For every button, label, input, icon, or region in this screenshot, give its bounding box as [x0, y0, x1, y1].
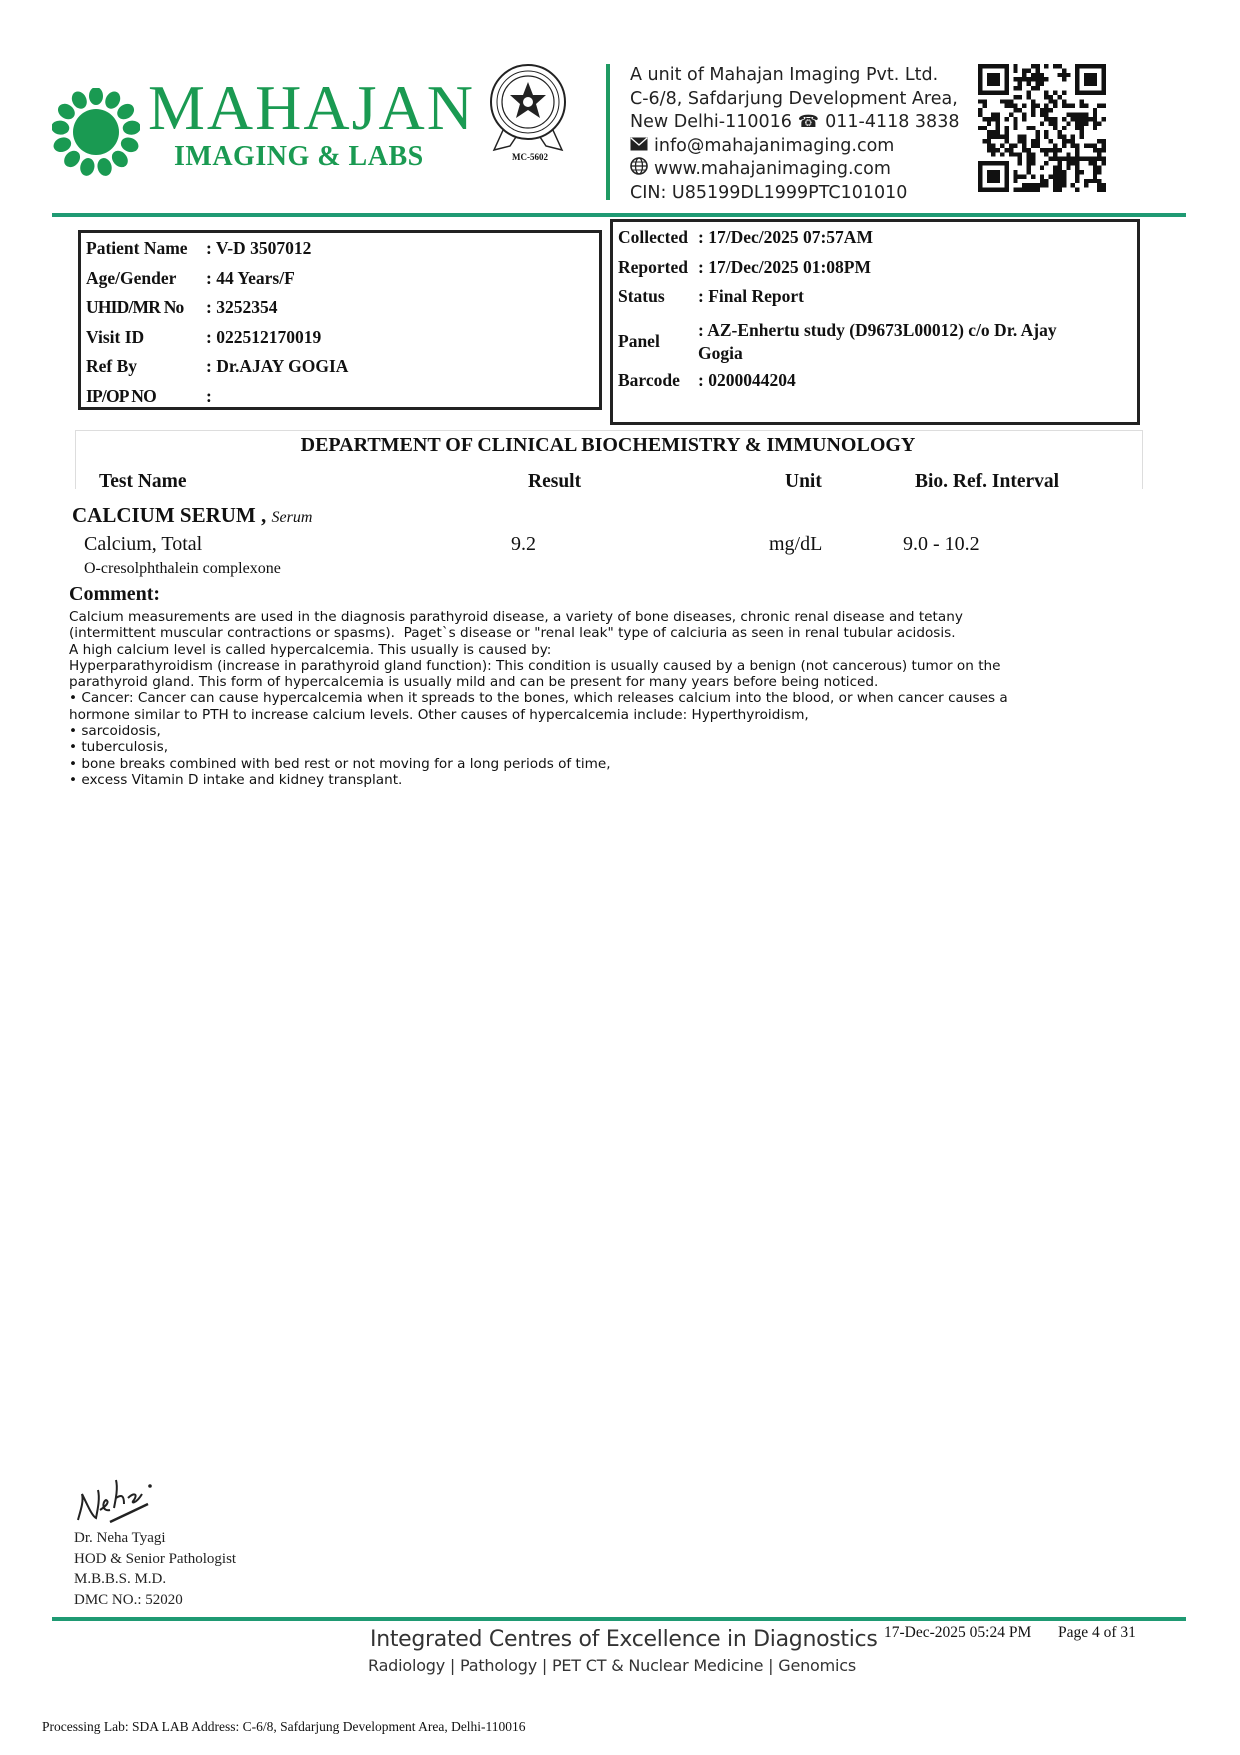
visit-id-value: : 022512170019: [206, 327, 321, 348]
comment-line: • Cancer: Cancer can cause hypercalcemia…: [69, 690, 1149, 706]
sample-row-panel: Panel : AZ-Enhertu study (D9673L00012) c…: [618, 316, 1118, 368]
age-gender-value: : 44 Years/F: [206, 268, 295, 289]
footer-tagline: Integrated Centres of Excellence in Diag…: [370, 1627, 878, 1652]
sample-row-reported: Reported : 17/Dec/2025 01:08PM: [618, 257, 1118, 287]
header-rule: [52, 213, 1186, 217]
column-header-range: Bio. Ref. Interval: [915, 471, 1059, 493]
company-line: A unit of Mahajan Imaging Pvt. Ltd.: [630, 64, 959, 88]
brand-subtitle: IMAGING & LABS: [174, 143, 424, 171]
globe-icon: [630, 157, 648, 183]
test-unit: mg/dL: [769, 533, 822, 556]
field-label: Visit ID: [86, 327, 206, 348]
email-link[interactable]: info@mahajanimaging.com: [654, 135, 894, 159]
logo-sun-icon: [52, 88, 140, 176]
ip-op-value: :: [206, 386, 212, 407]
comment-line: A high calcium level is called hypercalc…: [69, 642, 1149, 658]
footer-rule: [52, 1617, 1186, 1621]
field-label: UHID/MR No: [86, 297, 206, 318]
sample-row-collected: Collected : 17/Dec/2025 07:57AM: [618, 227, 1118, 257]
patient-row-visit: Visit ID : 022512170019: [86, 327, 348, 357]
column-header-result: Result: [528, 471, 581, 493]
field-label: Panel: [618, 331, 698, 352]
signatory-name: Dr. Neha Tyagi: [74, 1528, 236, 1549]
field-label: Age/Gender: [86, 268, 206, 289]
barcode-value: : 0200044204: [698, 370, 796, 391]
comment-line: Calcium measurements are used in the dia…: [69, 609, 1149, 625]
field-label: Ref By: [86, 356, 206, 377]
panel-value: : AZ-Enhertu study (D9673L00012) c/o Dr.…: [698, 319, 1098, 365]
sample-row-barcode: Barcode : 0200044204: [618, 370, 1118, 400]
website-link[interactable]: www.mahajanimaging.com: [654, 158, 891, 182]
test-result: 9.2: [511, 533, 536, 556]
processing-lab: Processing Lab: SDA LAB Address: C-6/8, …: [42, 1719, 526, 1735]
patient-row-age: Age/Gender : 44 Years/F: [86, 268, 348, 298]
signature-image: [70, 1472, 180, 1532]
field-label: Barcode: [618, 370, 698, 391]
department-title: DEPARTMENT OF CLINICAL BIOCHEMISTRY & IM…: [75, 434, 1141, 457]
section-name: CALCIUM SERUM ,: [72, 503, 266, 527]
patient-row-ref: Ref By : Dr.AJAY GOGIA: [86, 356, 348, 386]
field-label: Status: [618, 286, 698, 307]
comment-line: hormone similar to PTH to increase calci…: [69, 707, 1149, 723]
signatory-block: Dr. Neha Tyagi HOD & Senior Pathologist …: [74, 1528, 236, 1610]
sample-row-status: Status : Final Report: [618, 286, 1118, 316]
column-header-test: Test Name: [99, 471, 187, 493]
signatory-registration: DMC NO.: 52020: [74, 1590, 236, 1611]
comment-line: • excess Vitamin D intake and kidney tra…: [69, 772, 1149, 788]
column-header-unit: Unit: [785, 471, 822, 493]
section-sample-type: Serum: [272, 509, 313, 526]
comment-line: (intermittent muscular contractions or s…: [69, 625, 1149, 641]
comment-line: • sarcoidosis,: [69, 723, 1149, 739]
printed-timestamp: 17-Dec-2025 05:24 PM: [884, 1624, 1031, 1642]
city-line: New Delhi-110016: [630, 111, 792, 135]
envelope-icon: [630, 135, 648, 159]
collected-value: : 17/Dec/2025 07:57AM: [698, 227, 873, 248]
footer-services: Radiology | Pathology | PET CT & Nuclear…: [368, 1656, 856, 1675]
comment-line: • bone breaks combined with bed rest or …: [69, 756, 1149, 772]
qr-code[interactable]: [978, 64, 1106, 192]
status-value: : Final Report: [698, 286, 804, 307]
test-reference-range: 9.0 - 10.2: [903, 533, 980, 556]
ref-by-value: : Dr.AJAY GOGIA: [206, 356, 348, 377]
cin-number: CIN: U85199DL1999PTC101010: [630, 182, 959, 206]
field-label: Reported: [618, 257, 698, 278]
comment-heading: Comment:: [69, 583, 160, 606]
page-number: Page 4 of 31: [1058, 1624, 1136, 1642]
phone-icon: ☎: [798, 111, 819, 135]
patient-name-value: : V-D 3507012: [206, 238, 311, 259]
comment-text: Calcium measurements are used in the dia…: [69, 609, 1149, 788]
accreditation-seal-icon: [488, 62, 568, 162]
header-divider: [606, 64, 610, 200]
signatory-title: HOD & Senior Pathologist: [74, 1549, 236, 1570]
test-name: Calcium, Total: [84, 533, 202, 556]
field-label: IP/OP NO: [86, 386, 206, 407]
phone-number: 011-4118 3838: [825, 111, 959, 135]
patient-info: Patient Name : V-D 3507012 Age/Gender : …: [86, 238, 348, 415]
contact-block: A unit of Mahajan Imaging Pvt. Ltd. C-6/…: [630, 64, 959, 206]
address-line: C-6/8, Safdarjung Development Area,: [630, 88, 959, 112]
test-method: O-cresolphthalein complexone: [84, 560, 281, 578]
reported-value: : 17/Dec/2025 01:08PM: [698, 257, 871, 278]
accreditation-code: MC-5602: [500, 152, 560, 162]
uhid-value: : 3252354: [206, 297, 277, 318]
comment-line: • tuberculosis,: [69, 739, 1149, 755]
field-label: Patient Name: [86, 238, 206, 259]
patient-row-name: Patient Name : V-D 3507012: [86, 238, 348, 268]
comment-line: parathyroid gland. This form of hypercal…: [69, 674, 1149, 690]
test-section-title: CALCIUM SERUM , Serum: [72, 503, 312, 528]
patient-row-ipop: IP/OP NO :: [86, 386, 348, 416]
comment-line: Hyperparathyroidism (increase in parathy…: [69, 658, 1149, 674]
sample-info: Collected : 17/Dec/2025 07:57AM Reported…: [618, 227, 1118, 399]
field-label: Collected: [618, 227, 698, 248]
patient-row-uhid: UHID/MR No : 3252354: [86, 297, 348, 327]
brand-name: MAHAJAN: [148, 76, 475, 140]
signatory-qualification: M.B.B.S. M.D.: [74, 1569, 236, 1590]
